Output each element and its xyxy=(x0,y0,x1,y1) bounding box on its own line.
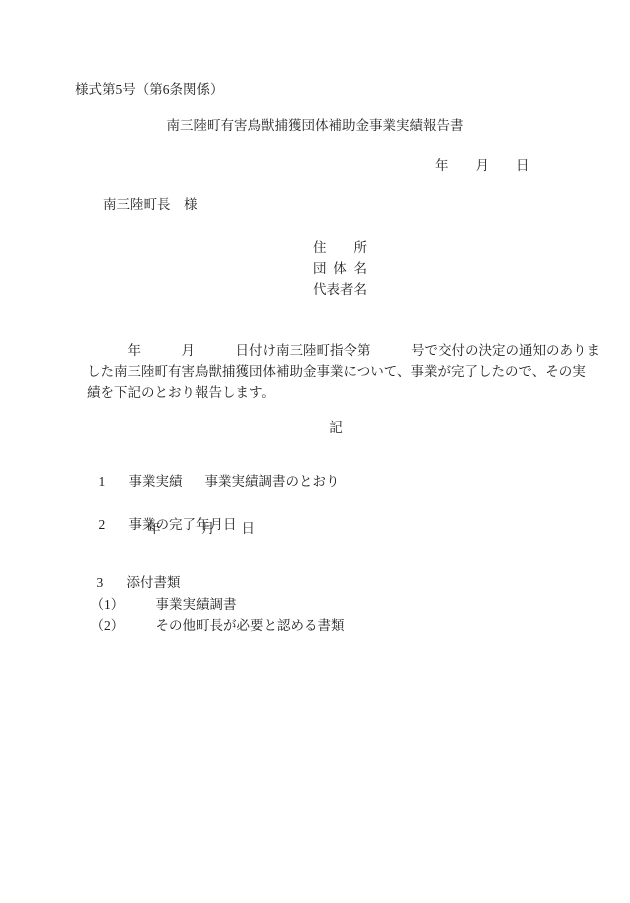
record-marker: 記 xyxy=(75,420,597,437)
sender-address-label: 住 所 xyxy=(313,240,367,257)
subitem-3-2-text: その他町長が必要と認める書類 xyxy=(156,618,345,633)
sender-representative-label: 代表者名 xyxy=(313,282,367,299)
subitem-3-2-number: （2） xyxy=(91,618,156,635)
item-1-label: 事業実績 xyxy=(129,474,183,489)
body-paragraph-line-3: 績を下記のとおり報告します。 xyxy=(87,385,275,402)
list-subitem-3-2: （2）その他町長が必要と認める書類 xyxy=(77,601,345,652)
item-1-number: 1 xyxy=(99,474,129,491)
form-number: 様式第5号（第6条関係） xyxy=(75,82,224,99)
date-line: 年 月 日 xyxy=(435,158,530,175)
item-2-number: 2 xyxy=(99,517,129,534)
page-title: 南三陸町有害鳥獣捕獲団体補助金事業実績報告書 xyxy=(35,118,595,135)
item-2-date-line: 年 月 日 xyxy=(147,521,255,538)
item-1-value: 事業実績調書のとおり xyxy=(205,474,340,489)
body-paragraph-line-2: した南三陸町有害鳥獣捕獲団体補助金事業について、事業が完了したので、その実 xyxy=(87,364,586,381)
document-page: 様式第5号（第6条関係） 南三陸町有害鳥獣捕獲団体補助金事業実績報告書 年 月 … xyxy=(0,0,630,903)
addressee: 南三陸町長 様 xyxy=(103,197,198,214)
sender-org-name-label: 団 体 名 xyxy=(313,261,367,278)
body-paragraph-line-1: 年 月 日付け南三陸町指令第 号で交付の決定の通知のありま xyxy=(87,343,600,360)
